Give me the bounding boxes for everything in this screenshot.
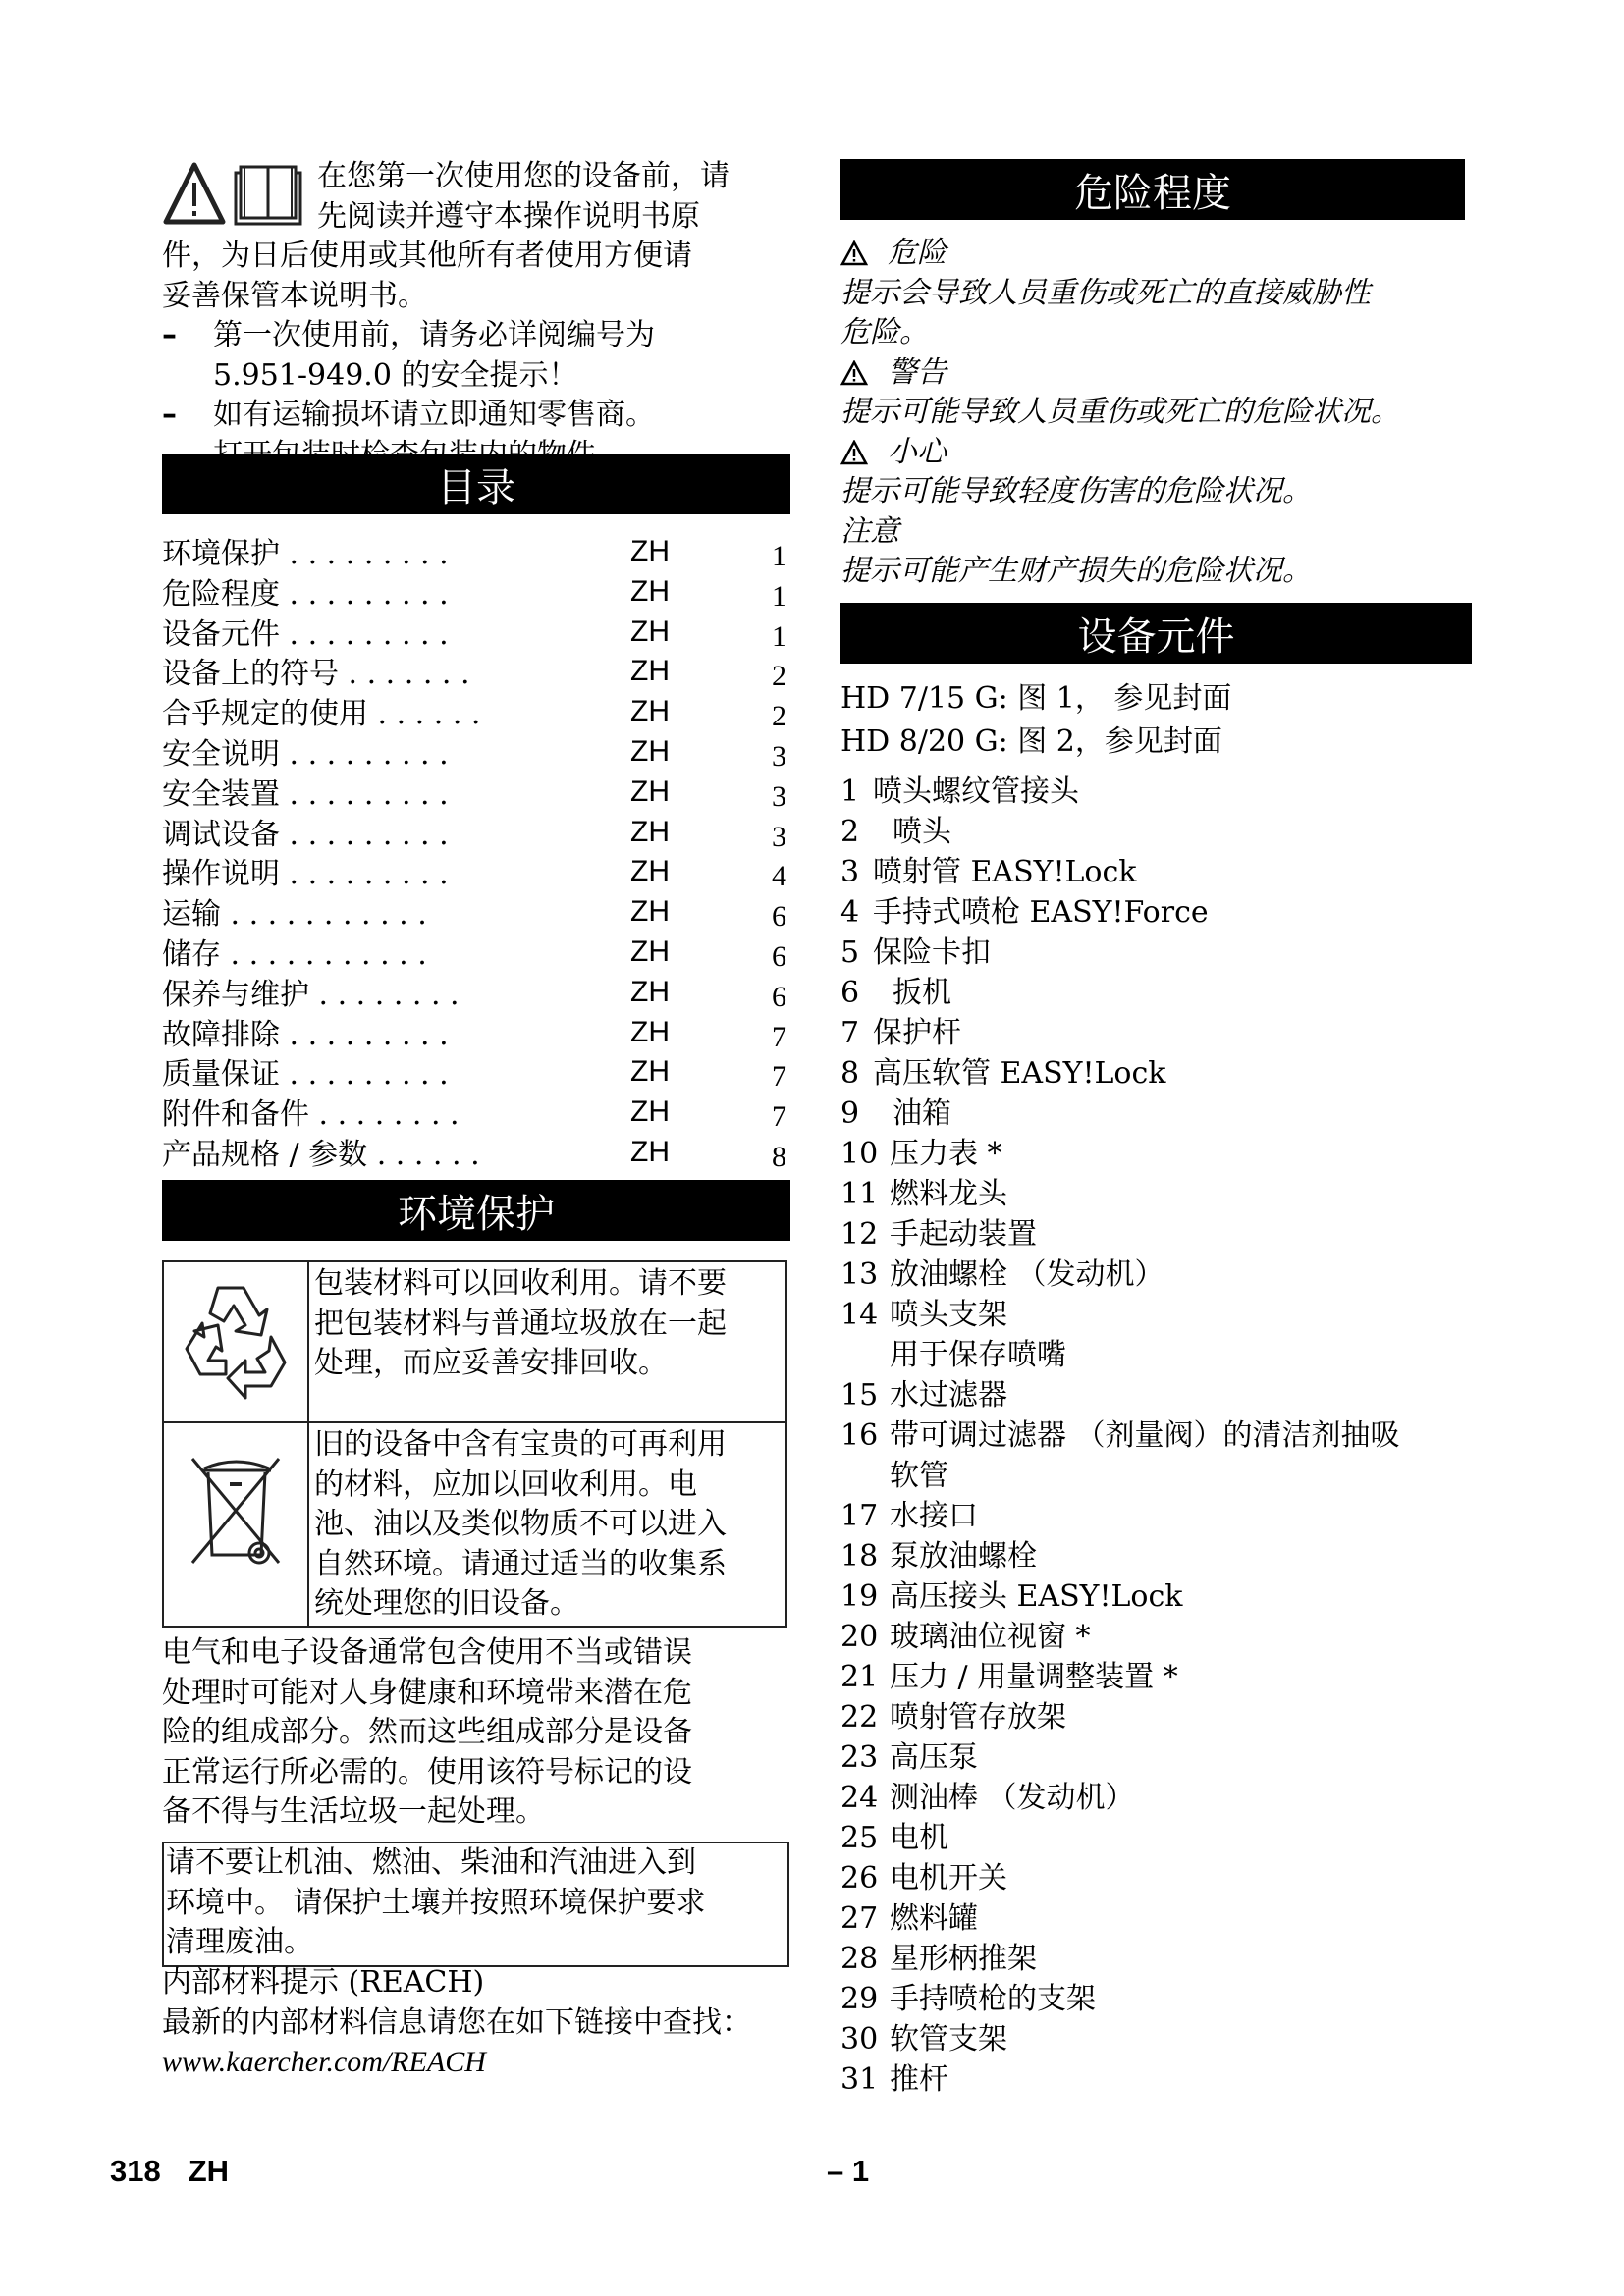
component-label: 油箱 [873, 1094, 951, 1134]
component-label: 扳机 [873, 973, 951, 1013]
toc-entry[interactable]: 故障排除 . . . . . . . . .ZH7 [162, 1016, 790, 1056]
component-label: 喷射管存放架 [890, 1697, 1066, 1737]
component-label: 高压软管 EASY!Lock [873, 1053, 1165, 1094]
weee-paragraph: 电气和电子设备通常包含使用不当或错误 处理时可能对人身健康和环境带来潜在危 险的… [162, 1633, 790, 1833]
component-item: 29手持喷枪的支架 [840, 1979, 1469, 2019]
toc-entry[interactable]: 调试设备 . . . . . . . . .ZH3 [162, 816, 790, 856]
component-label: 燃料龙头 [890, 1174, 1007, 1214]
component-item: 12手起动装置 [840, 1214, 1469, 1255]
toc-entry[interactable]: 环境保护 . . . . . . . . .ZH1 [162, 535, 790, 575]
component-label: 喷头 [873, 812, 951, 852]
component-item: 11燃料龙头 [840, 1174, 1469, 1214]
component-item: 24测油棒 （发动机） [840, 1778, 1469, 1818]
toc-entry-title: 安全装置 . . . . . . . . . [162, 775, 449, 816]
toc-entry[interactable]: 储存 . . . . . . . . . . .ZH6 [162, 935, 790, 976]
reach-text: 最新的内部材料信息请您在如下链接中查找： [162, 2003, 790, 2044]
component-number: 24 [840, 1778, 890, 1818]
bullet-dash: – [162, 316, 177, 356]
toc-entry-page: 4 [772, 857, 786, 897]
env-text-line: 包装材料可以回收利用。请不要 [314, 1264, 782, 1305]
danger-level-label: 注意 [840, 512, 1469, 553]
toc-entry-title: 调试设备 . . . . . . . . . [162, 816, 449, 856]
paragraph-line: 电气和电子设备通常包含使用不当或错误 [162, 1633, 790, 1674]
component-label: 水接口 [890, 1496, 978, 1536]
toc-entry[interactable]: 质量保证 . . . . . . . . .ZH7 [162, 1055, 790, 1095]
page-number: 318 [110, 2154, 161, 2188]
toc-entry-lang: ZH [630, 572, 670, 613]
environment-heading: 环境保护 [162, 1180, 790, 1241]
component-item: 27燃料罐 [840, 1898, 1469, 1939]
oil-notice-line: 清理废油。 [166, 1923, 787, 1963]
component-item: 23高压泵 [840, 1737, 1469, 1778]
model-ref: HD 8/20 G: 图 2，参见封面 [840, 721, 1231, 764]
toc-entry[interactable]: 设备元件 . . . . . . . . .ZH1 [162, 615, 790, 656]
warning-triangle-icon [840, 240, 868, 266]
component-label: 放油螺栓 （发动机） [890, 1255, 1164, 1295]
component-label: 喷射管 EASY!Lock [873, 852, 1136, 892]
component-label: 手起动装置 [890, 1214, 1037, 1255]
toc-entry-page: 3 [772, 737, 786, 777]
component-item-continuation: 用于保存喷嘴 [840, 1335, 1469, 1375]
toc-entry-title: 附件和备件 . . . . . . . . [162, 1095, 460, 1136]
component-number: 17 [840, 1496, 890, 1536]
danger-levels-heading: 危险程度 [840, 159, 1465, 220]
component-item: 26电机开关 [840, 1858, 1469, 1898]
component-number: 28 [840, 1939, 890, 1979]
toc-entry-page: 6 [772, 937, 786, 978]
toc-entry[interactable]: 安全装置 . . . . . . . . .ZH3 [162, 775, 790, 816]
component-number: 30 [840, 2019, 890, 2059]
toc-entry[interactable]: 设备上的符号 . . . . . . .ZH2 [162, 655, 790, 695]
component-item: 10压力表 * [840, 1134, 1469, 1174]
env-row-disposal: 旧的设备中含有宝贵的可再利用 的材料，应加以回收利用。电 池、油以及类似物质不可… [163, 1422, 786, 1627]
component-item: 21压力 / 用量调整装置 * [840, 1657, 1469, 1697]
intro-bullet: – 如有运输损坏请立即通知零售商。 [162, 396, 790, 436]
toc-entry[interactable]: 产品规格 / 参数 . . . . . .ZH8 [162, 1136, 790, 1176]
component-label: 泵放油螺栓 [890, 1536, 1037, 1576]
warning-triangle-icon [840, 440, 868, 465]
toc-entry-title: 设备元件 . . . . . . . . . [162, 615, 449, 656]
reach-link[interactable]: www.kaercher.com/REACH [162, 2043, 790, 2083]
toc-entry-title: 环境保护 . . . . . . . . . [162, 535, 449, 575]
env-text-line: 的材料，应加以回收利用。电 [314, 1466, 782, 1506]
env-text-line: 自然环境。请通过适当的收集系 [314, 1545, 782, 1585]
component-label: 测油棒 （发动机） [890, 1778, 1135, 1818]
toc-entry[interactable]: 保养与维护 . . . . . . . .ZH6 [162, 976, 790, 1016]
component-number: 23 [840, 1737, 890, 1778]
component-item: 20玻璃油位视窗 * [840, 1617, 1469, 1657]
component-number: 6 [840, 973, 873, 1013]
toc-entry-page: 7 [772, 1057, 786, 1097]
component-item: 25电机 [840, 1818, 1469, 1858]
component-label: 带可调过滤器 （剂量阀）的清洁剂抽吸 [890, 1415, 1400, 1456]
component-item: 16带可调过滤器 （剂量阀）的清洁剂抽吸 [840, 1415, 1469, 1456]
model-ref: HD 7/15 G: 图 1， 参见封面 [840, 677, 1231, 721]
toc-entry-title: 质量保证 . . . . . . . . . [162, 1055, 449, 1095]
danger-level-desc: 提示会导致人员重伤或死亡的直接威胁性 [840, 274, 1469, 314]
component-label: 手持式喷枪 EASY!Force [873, 892, 1209, 933]
intro-line: 妥善保管本说明书。 [162, 277, 790, 317]
component-number: 19 [840, 1576, 890, 1617]
component-label: 软管支架 [890, 2019, 1007, 2059]
component-item: 17水接口 [840, 1496, 1469, 1536]
component-number: 16 [840, 1415, 890, 1456]
warning-and-manual-icon [162, 159, 309, 226]
toc-entry-lang: ZH [630, 1133, 670, 1173]
toc-entry-title: 操作说明 . . . . . . . . . [162, 855, 449, 895]
component-number: 26 [840, 1858, 890, 1898]
components-list: 1喷头螺纹管接头 2 喷头 3喷射管 EASY!Lock 4手持式喷枪 EASY… [840, 772, 1469, 2100]
paragraph-line: 正常运行所必需的。使用该符号标记的设 [162, 1753, 790, 1793]
table-of-contents: 环境保护 . . . . . . . . .ZH1 危险程度 . . . . .… [162, 535, 790, 1176]
component-number: 21 [840, 1657, 890, 1697]
component-label: 高压泵 [890, 1737, 978, 1778]
intro-bullet: – 第一次使用前，请务必详阅编号为 5.951-949.0 的安全提示！ [162, 316, 790, 396]
toc-entry-title: 储存 . . . . . . . . . . . [162, 935, 427, 976]
component-label: 手持喷枪的支架 [890, 1979, 1096, 2019]
reach-notice: 内部材料提示 (REACH) 最新的内部材料信息请您在如下链接中查找： www.… [162, 1963, 790, 2083]
component-item: 6 扳机 [840, 973, 1469, 1013]
toc-entry-lang: ZH [630, 852, 670, 892]
component-number: 3 [840, 852, 873, 892]
toc-entry[interactable]: 危险程度 . . . . . . . . .ZH1 [162, 575, 790, 615]
component-number: 13 [840, 1255, 890, 1295]
toc-entry-lang: ZH [630, 1013, 670, 1053]
toc-entry-lang: ZH [630, 652, 670, 692]
component-number: 20 [840, 1617, 890, 1657]
danger-level-desc: 提示可能导致人员重伤或死亡的危险状况。 [840, 393, 1469, 433]
component-item: 13放油螺栓 （发动机） [840, 1255, 1469, 1295]
component-number: 5 [840, 933, 873, 973]
crossed-bin-icon [187, 1447, 285, 1575]
component-label: 喷头支架 [890, 1295, 1007, 1335]
intro-line: 件，为日后使用或其他所有者使用方便请 [162, 237, 790, 277]
toc-entry-lang: ZH [630, 613, 670, 653]
component-label: 星形柄推架 [890, 1939, 1037, 1979]
toc-entry-page: 8 [772, 1138, 786, 1178]
component-models: HD 7/15 G: 图 1， 参见封面 HD 8/20 G: 图 2，参见封面 [840, 677, 1231, 764]
danger-level-label: 警告 [840, 353, 1469, 394]
toc-entry-title: 产品规格 / 参数 . . . . . . [162, 1136, 480, 1176]
env-text-line: 处理，而应妥善安排回收。 [314, 1344, 782, 1384]
toc-entry-page: 7 [772, 1097, 786, 1138]
bullet-text: 第一次使用前，请务必详阅编号为 [213, 316, 790, 356]
component-number: 29 [840, 1979, 890, 2019]
env-text-line: 统处理您的旧设备。 [314, 1584, 782, 1625]
toc-entry-page: 6 [772, 897, 786, 937]
danger-level-label: 小心 [840, 433, 1469, 473]
component-item: 14喷头支架 [840, 1295, 1469, 1335]
oil-notice-box: 请不要让机油、燃油、柴油和汽油进入到 环境中。 请保护土壤并按照环境保护要求 清… [162, 1842, 789, 1967]
paragraph-line: 备不得与生活垃圾一起处理。 [162, 1792, 790, 1833]
env-text-cell: 旧的设备中含有宝贵的可再利用 的材料，应加以回收利用。电 池、油以及类似物质不可… [308, 1422, 786, 1627]
toc-entry-lang: ZH [630, 813, 670, 853]
manual-book-icon [236, 167, 300, 224]
env-icon-cell [163, 1422, 308, 1627]
component-label: 推杆 [890, 2059, 948, 2100]
bullet-text: 如有运输损坏请立即通知零售商。 [213, 396, 790, 436]
danger-level-desc: 提示可能导致轻度伤害的危险状况。 [840, 472, 1469, 512]
oil-notice-line: 环境中。 请保护土壤并按照环境保护要求 [166, 1884, 787, 1924]
component-item: 3喷射管 EASY!Lock [840, 852, 1469, 892]
toc-entry-lang: ZH [630, 532, 670, 572]
toc-entry-page: 6 [772, 978, 786, 1018]
toc-entry-page: 1 [772, 577, 786, 617]
component-item: 9 油箱 [840, 1094, 1469, 1134]
component-item-continuation: 软管 [840, 1456, 1469, 1496]
page-footer-left: 318ZH [110, 2154, 256, 2189]
level-name: 小心 [888, 433, 947, 473]
component-item: 15水过滤器 [840, 1375, 1469, 1415]
env-text-line: 池、油以及类似物质不可以进入 [314, 1505, 782, 1545]
component-item: 8高压软管 EASY!Lock [840, 1053, 1469, 1094]
component-label: 保险卡扣 [873, 933, 991, 973]
toc-entry[interactable]: 合乎规定的使用 . . . . . .ZH2 [162, 695, 790, 735]
toc-entry[interactable]: 运输 . . . . . . . . . . .ZH6 [162, 895, 790, 935]
env-text-cell: 包装材料可以回收利用。请不要 把包装材料与普通垃圾放在一起 处理，而应妥善安排回… [308, 1261, 786, 1422]
component-number: 1 [840, 772, 873, 812]
component-label: 保护杆 [873, 1013, 961, 1053]
component-number: 27 [840, 1898, 890, 1939]
component-label: 水过滤器 [890, 1375, 1007, 1415]
component-label: 电机开关 [890, 1858, 1007, 1898]
toc-heading: 目录 [162, 454, 790, 514]
component-label: 压力表 * [890, 1134, 1002, 1174]
toc-entry-title: 安全说明 . . . . . . . . . [162, 735, 449, 775]
component-item: 2 喷头 [840, 812, 1469, 852]
env-text-line: 旧的设备中含有宝贵的可再利用 [314, 1425, 782, 1466]
toc-entry-page: 3 [772, 818, 786, 858]
env-icon-cell [163, 1261, 308, 1422]
components-heading: 设备元件 [840, 603, 1472, 664]
component-number: 10 [840, 1134, 890, 1174]
intro-notice: 在您第一次使用您的设备前，请 先阅读并遵守本操作说明书原 件，为日后使用或其他所… [162, 157, 790, 475]
component-number: 8 [840, 1053, 873, 1094]
toc-entry-title: 合乎规定的使用 . . . . . . [162, 695, 480, 735]
component-number: 9 [840, 1094, 873, 1134]
level-name: 危险 [888, 234, 947, 274]
toc-entry-page: 1 [772, 537, 786, 577]
toc-entry-title: 危险程度 . . . . . . . . . [162, 575, 449, 615]
component-number: 18 [840, 1536, 890, 1576]
component-label: 压力 / 用量调整装置 * [890, 1657, 1178, 1697]
bullet-dash: – [162, 396, 177, 436]
component-item: 31推杆 [840, 2059, 1469, 2100]
component-item: 1喷头螺纹管接头 [840, 772, 1469, 812]
recycle-icon [177, 1276, 295, 1404]
component-number: 22 [840, 1697, 890, 1737]
toc-entry[interactable]: 安全说明 . . . . . . . . .ZH3 [162, 735, 790, 775]
component-item: 5保险卡扣 [840, 933, 1469, 973]
oil-notice-line: 请不要让机油、燃油、柴油和汽油进入到 [166, 1843, 787, 1884]
paragraph-line: 险的组成部分。然而这些组成部分是设备 [162, 1713, 790, 1753]
toc-entry-lang: ZH [630, 933, 670, 973]
toc-entry[interactable]: 操作说明 . . . . . . . . .ZH4 [162, 855, 790, 895]
paragraph-line: 处理时可能对人身健康和环境带来潜在危 [162, 1674, 790, 1714]
toc-entry-lang: ZH [630, 773, 670, 813]
toc-entry-page: 2 [772, 697, 786, 737]
toc-entry-title: 运输 . . . . . . . . . . . [162, 895, 427, 935]
level-name: 警告 [888, 353, 947, 394]
component-item: 22喷射管存放架 [840, 1697, 1469, 1737]
warning-triangle-icon [166, 165, 223, 222]
component-label: 高压接头 EASY!Lock [890, 1576, 1182, 1617]
component-number: 11 [840, 1174, 890, 1214]
toc-entry-title: 故障排除 . . . . . . . . . [162, 1016, 449, 1056]
component-number: 4 [840, 892, 873, 933]
toc-entry-page: 7 [772, 1018, 786, 1058]
toc-entry-lang: ZH [630, 692, 670, 732]
env-text-line: 把包装材料与普通垃圾放在一起 [314, 1305, 782, 1345]
danger-level-label: 危险 [840, 234, 1469, 274]
component-number: 25 [840, 1818, 890, 1858]
component-item: 4手持式喷枪 EASY!Force [840, 892, 1469, 933]
toc-entry[interactable]: 附件和备件 . . . . . . . .ZH7 [162, 1095, 790, 1136]
component-number: 31 [840, 2059, 890, 2100]
component-number: 7 [840, 1013, 873, 1053]
danger-level-desc: 提示可能产生财产损失的危险状况。 [840, 552, 1469, 592]
danger-level-desc: 危险。 [840, 313, 1469, 353]
toc-entry-lang: ZH [630, 892, 670, 933]
component-number: 15 [840, 1375, 890, 1415]
toc-entry-page: 1 [772, 617, 786, 658]
toc-entry-lang: ZH [630, 732, 670, 773]
reach-title: 内部材料提示 (REACH) [162, 1963, 790, 2003]
env-row-recycle: 包装材料可以回收利用。请不要 把包装材料与普通垃圾放在一起 处理，而应妥善安排回… [163, 1261, 786, 1422]
danger-levels: 危险 提示会导致人员重伤或死亡的直接威胁性 危险。 警告 提示可能导致人员重伤或… [840, 234, 1469, 592]
section-page-number: – 1 [827, 2154, 869, 2189]
component-label: 电机 [890, 1818, 948, 1858]
component-label: 玻璃油位视窗 * [890, 1617, 1091, 1657]
toc-entry-lang: ZH [630, 1093, 670, 1133]
toc-entry-page: 2 [772, 657, 786, 697]
toc-entry-page: 3 [772, 777, 786, 818]
toc-entry-lang: ZH [630, 973, 670, 1013]
component-item: 18泵放油螺栓 [840, 1536, 1469, 1576]
toc-entry-title: 保养与维护 . . . . . . . . [162, 976, 460, 1016]
component-item: 19高压接头 EASY!Lock [840, 1576, 1469, 1617]
toc-entry-title: 设备上的符号 . . . . . . . [162, 655, 470, 695]
toc-entry-lang: ZH [630, 1052, 670, 1093]
component-number: 12 [840, 1214, 890, 1255]
environment-table: 包装材料可以回收利用。请不要 把包装材料与普通垃圾放在一起 处理，而应妥善安排回… [162, 1260, 787, 1628]
warning-triangle-icon [840, 360, 868, 386]
bullet-text: 5.951-949.0 的安全提示！ [213, 356, 790, 397]
footer-language: ZH [189, 2154, 229, 2188]
component-number: 14 [840, 1295, 890, 1335]
component-item: 7保护杆 [840, 1013, 1469, 1053]
component-label: 喷头螺纹管接头 [873, 772, 1079, 812]
component-number: 2 [840, 812, 873, 852]
component-item: 30软管支架 [840, 2019, 1469, 2059]
component-label: 燃料罐 [890, 1898, 978, 1939]
component-item: 28星形柄推架 [840, 1939, 1469, 1979]
